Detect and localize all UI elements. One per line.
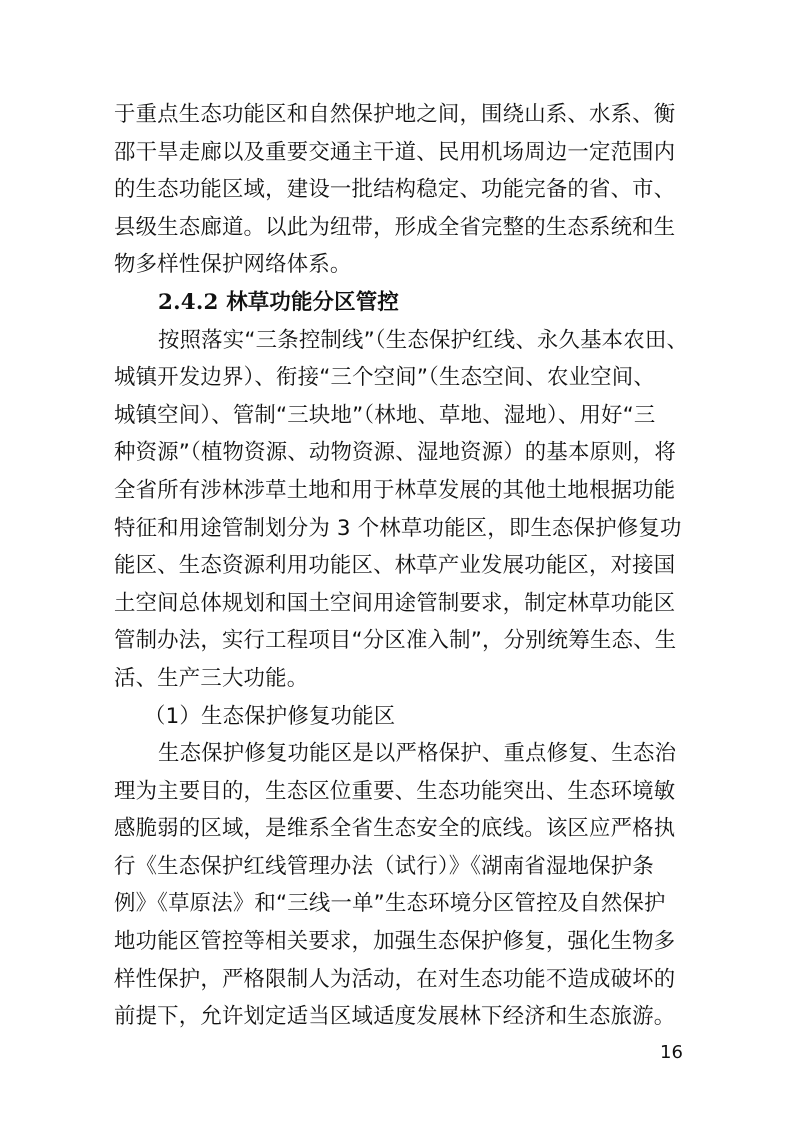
text-line: 行《生态保护红线管理办法（试行）》《湖南省湿地保护条 (114, 848, 680, 886)
section-heading: 2.4.2 林草功能分区管控 (114, 284, 680, 322)
text-line: 全省所有涉林涉草土地和用于林草发展的其他土地根据功能 (114, 472, 680, 510)
text-line: 前提下，允许划定适当区域适度发展林下经济和生态旅游。 (114, 998, 680, 1036)
paragraph-zoning: 按照落实“三条控制线”（生态保护红线、永久基本农田、 城镇开发边界）、衔接“三个… (114, 322, 680, 698)
text-line: 活、生产三大功能。 (114, 660, 680, 698)
text-line: 管制办法，实行工程项目“分区准入制”，分别统筹生态、生 (114, 622, 680, 660)
text-line: 物多样性保护网络体系。 (114, 246, 680, 284)
text-line: 于重点生态功能区和自然保护地之间，围绕山系、水系、衡 (114, 96, 680, 134)
text-line: 邵干旱走廊以及重要交通主干道、民用机场周边一定范围内 (114, 134, 680, 172)
subheading: （1）生态保护修复功能区 (114, 698, 680, 736)
text-line: 土空间总体规划和国土空间用途管制要求，制定林草功能区 (114, 585, 680, 623)
text-line: 感脆弱的区域，是维系全省生态安全的底线。该区应严格执 (114, 810, 680, 848)
text-line: 例》《草原法》和“三线一单”生态环境分区管控及自然保护 (114, 885, 680, 923)
text-line: 特征和用途管制划分为 3 个林草功能区，即生态保护修复功 (114, 510, 680, 548)
paragraph-protection: 生态保护修复功能区是以严格保护、重点修复、生态治 理为主要目的，生态区位重要、生… (114, 735, 680, 1036)
text-line: 县级生态廊道。以此为纽带，形成全省完整的生态系统和生 (114, 209, 680, 247)
text-line: 城镇空间）、管制“三块地”（林地、草地、湿地）、用好“三 (114, 397, 680, 435)
text-line: 样性保护，严格限制人为活动，在对生态功能不造成破坏的 (114, 961, 680, 999)
text-line: 的生态功能区域，建设一批结构稳定、功能完备的省、市、 (114, 171, 680, 209)
text-line: 按照落实“三条控制线”（生态保护红线、永久基本农田、 (114, 322, 680, 360)
text-line: 城镇开发边界）、衔接“三个空间”（生态空间、农业空间、 (114, 359, 680, 397)
text-line: 地功能区管控等相关要求，加强生态保护修复，强化生物多 (114, 923, 680, 961)
text-line: 能区、生态资源利用功能区、林草产业发展功能区，对接国 (114, 547, 680, 585)
text-line: 理为主要目的，生态区位重要、生态功能突出、生态环境敏 (114, 773, 680, 811)
paragraph-continued: 于重点生态功能区和自然保护地之间，围绕山系、水系、衡 邵干旱走廊以及重要交通主干… (114, 96, 680, 284)
document-page: 于重点生态功能区和自然保护地之间，围绕山系、水系、衡 邵干旱走廊以及重要交通主干… (114, 96, 680, 1036)
page-number: 16 (660, 1042, 683, 1063)
text-line: 种资源”（植物资源、动物资源、湿地资源）的基本原则，将 (114, 434, 680, 472)
text-line: 生态保护修复功能区是以严格保护、重点修复、生态治 (114, 735, 680, 773)
